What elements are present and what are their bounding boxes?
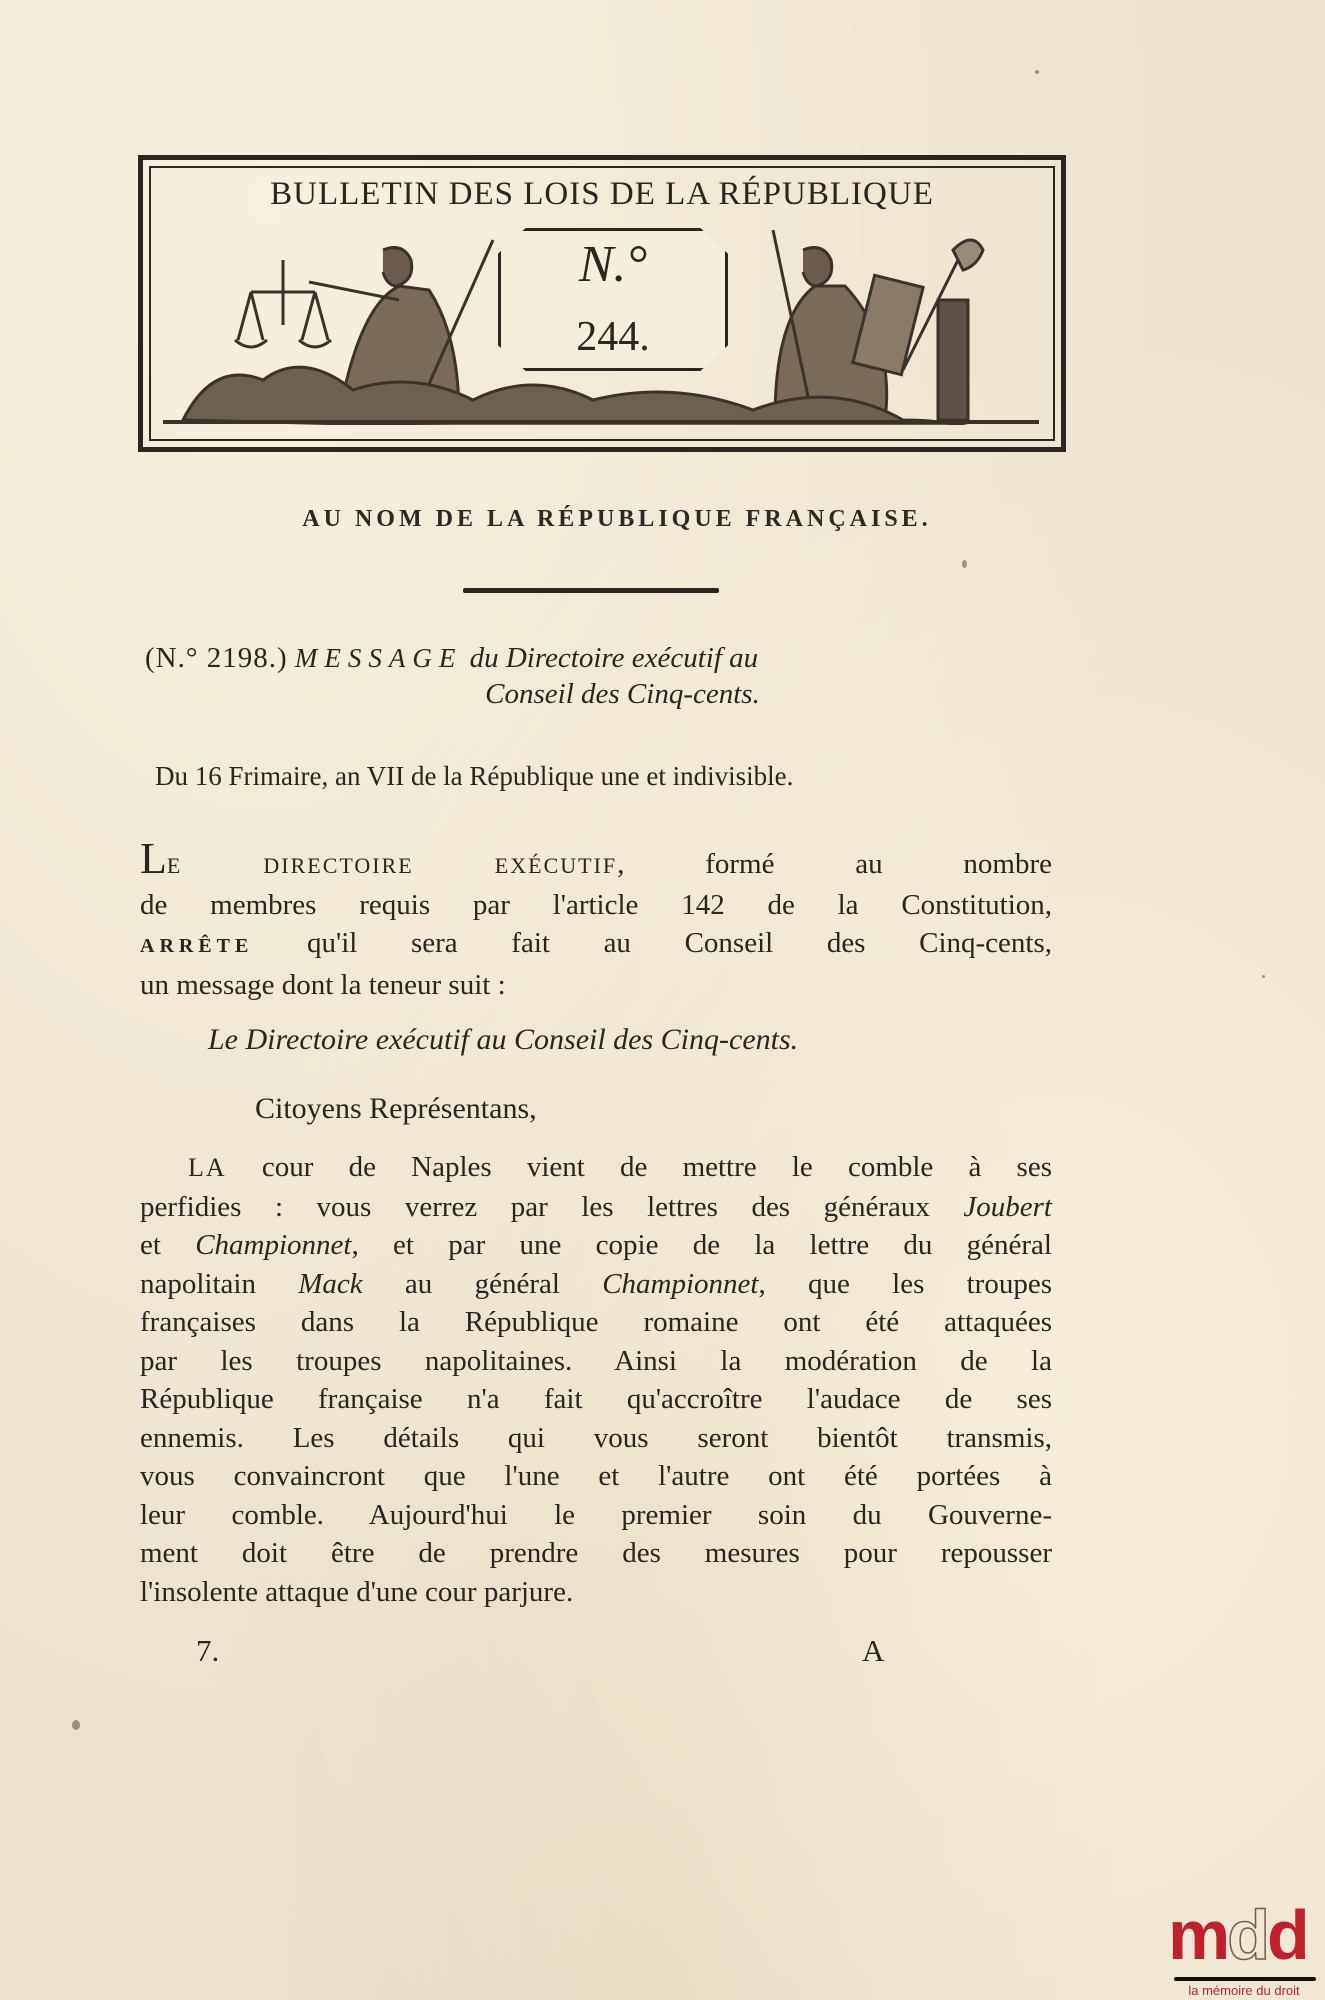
decree-line-1: , formé au nombre (617, 848, 1052, 880)
body-line: cour de Naples vient de mettre le comble… (227, 1151, 1052, 1183)
body-line: , et par une copie de la lettre du génér… (351, 1229, 1052, 1261)
body-line: napolitain (140, 1268, 298, 1300)
signature-mark: A (862, 1633, 884, 1669)
paper-speck (1035, 70, 1039, 74)
bulletin-title: BULLETIN DES LOIS DE LA RÉPUBLIQUE (143, 176, 1061, 213)
decree-paragraph: LE DIRECTOIRE EXÉCUTIF, formé au nombre … (140, 840, 1052, 1004)
name-mack: Mack (298, 1268, 362, 1300)
bulletin-header-frame: BULLETIN DES LOIS DE LA RÉPUBLIQUE (138, 155, 1066, 452)
body-line: leur comble. Aujourd'hui le premier soin… (140, 1496, 1052, 1535)
body-line: françaises dans la République romaine on… (140, 1303, 1052, 1342)
body-line: perfidies : vous verrez par les lettres … (140, 1191, 963, 1223)
salutation: Citoyens Représentans, (255, 1092, 537, 1126)
message-heading-line1: du Directoire exécutif au (470, 642, 759, 674)
body-line: l'insolente attaque d'une cour parjure. (140, 1573, 1052, 1612)
invocation: AU NOM DE LA RÉPUBLIQUE FRANÇAISE. (0, 506, 1234, 533)
message-heading: (N.° 2198.) MESSAGE du Directoire exécut… (145, 640, 1060, 712)
message-address: Le Directoire exécutif au Conseil des Ci… (208, 1023, 798, 1057)
message-heading-line2: Conseil des Cinq-cents. (145, 676, 1060, 712)
number-label: N.° (501, 235, 725, 294)
mdd-logo-icon: mdd (1168, 1895, 1307, 1975)
body-line: ment doit être de prendre des mesures po… (140, 1534, 1052, 1573)
body-line: République française n'a fait qu'accroît… (140, 1380, 1052, 1419)
message-body: LA cour de Naples vient de mettre le com… (140, 1148, 1052, 1611)
bulletin-number: 244. (501, 313, 725, 361)
section-divider (463, 588, 719, 593)
body-line: ennemis. Les détails qui vous seront bie… (140, 1419, 1052, 1458)
paper-speck (962, 560, 967, 568)
mdd-watermark-logo: mdd la mémoire du droit (1164, 1895, 1324, 2000)
body-line: au général (363, 1268, 603, 1300)
name-championnet: Championnet (195, 1229, 351, 1261)
paper-speck (1262, 975, 1265, 978)
body-lead-caps: LA (188, 1153, 227, 1182)
body-line: , que les troupes (758, 1268, 1052, 1300)
name-championnet: Championnet (602, 1268, 758, 1300)
name-joubert: Joubert (963, 1191, 1052, 1223)
document-page: BULLETIN DES LOIS DE LA RÉPUBLIQUE (0, 0, 1325, 2000)
logo-underline (1174, 1977, 1316, 1981)
page-gathering-number: 7. (196, 1633, 219, 1669)
decree-subject: E DIRECTOIRE EXÉCUTIF (167, 853, 617, 878)
decree-line-3: qu'il sera fait au Conseil des Cinq-cent… (307, 927, 1052, 959)
body-line: vous convaincront que l'une et l'autre o… (140, 1457, 1052, 1496)
body-line: et (140, 1229, 195, 1261)
paper-speck (72, 1720, 80, 1730)
bulletin-number-plaque: N.° 244. (498, 228, 728, 371)
body-line: par les troupes napolitaines. Ainsi la m… (140, 1342, 1052, 1381)
decree-line-2: de membres requis par l'article 142 de l… (140, 886, 1052, 925)
decree-date: Du 16 Frimaire, an VII de la République … (155, 761, 793, 792)
arrete-keyword: ARRÊTE (140, 935, 253, 957)
decree-line-4: un message dont la teneur suit : (140, 966, 1052, 1005)
drop-cap: L (140, 834, 167, 883)
message-keyword: MESSAGE (295, 643, 462, 673)
logo-tagline: la mémoire du droit (1164, 1983, 1324, 1998)
message-number: (N.° 2198.) (145, 642, 288, 674)
